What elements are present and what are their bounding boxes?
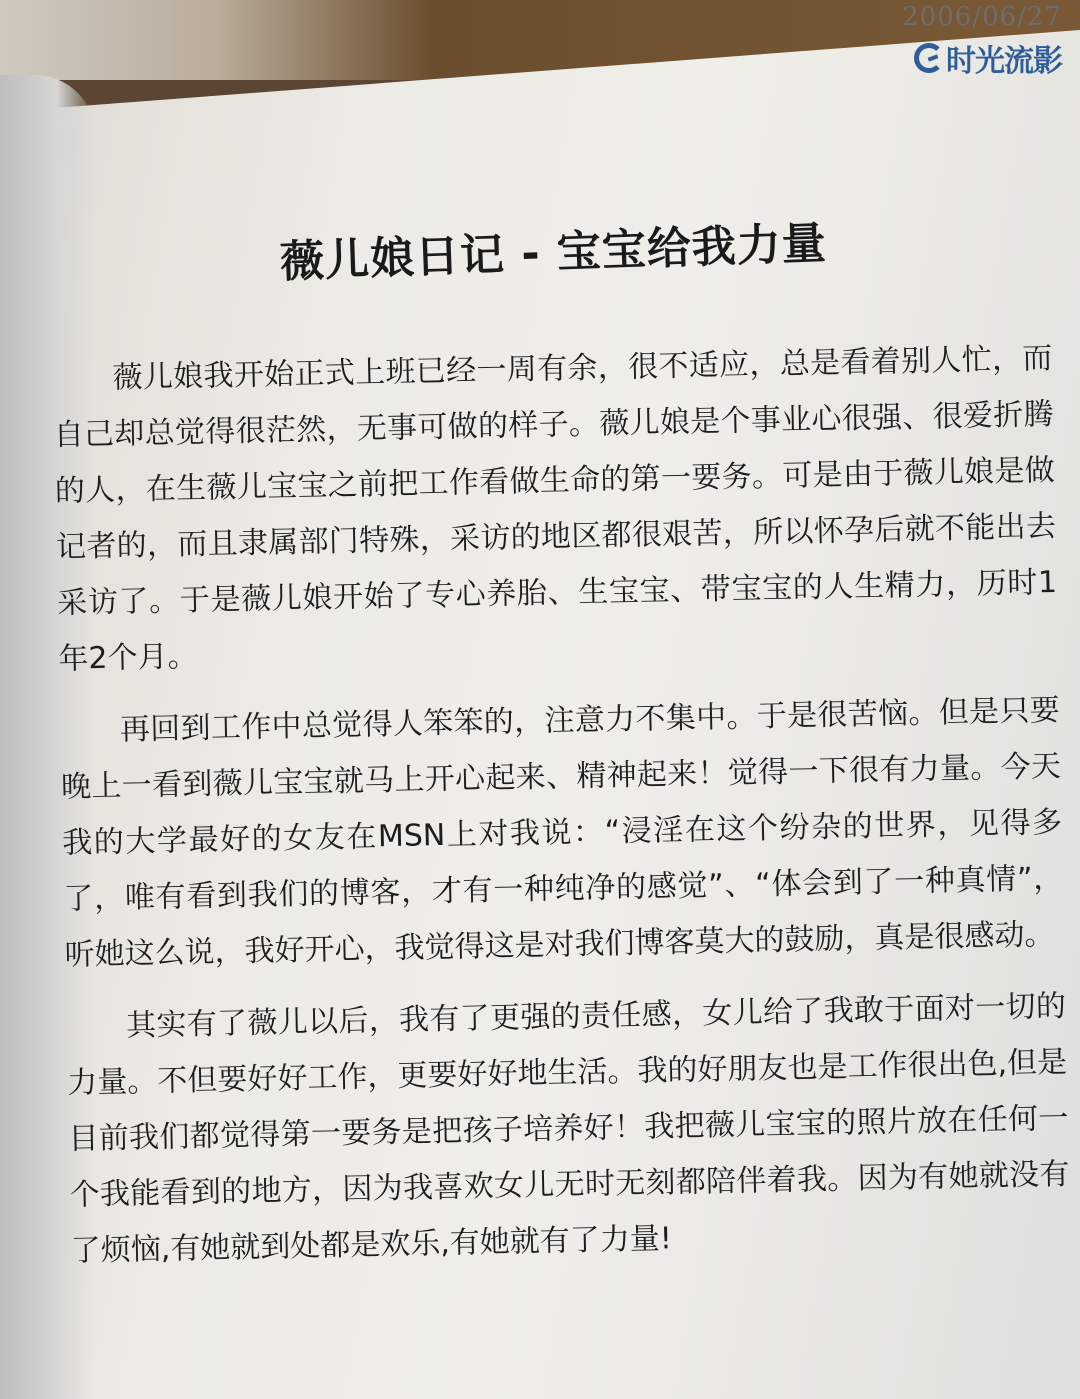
logo-text: 时光流影	[946, 36, 1062, 80]
blog-logo: 时光流影	[902, 36, 1062, 80]
paragraph: 薇儿娘我开始正式上班已经一周有余，很不适应，总是看着别人忙，而自己却总觉得很茫然…	[52, 331, 1059, 688]
article-body: 薇儿娘我开始正式上班已经一周有余，很不适应，总是看着别人忙，而自己却总觉得很茫然…	[52, 331, 1072, 1296]
paragraph: 其实有了薇儿以后，我有了更强的责任感，女儿给了我敢于面对一切的力量。不但要好好工…	[66, 979, 1072, 1280]
post-date: 2006/06/27	[902, 2, 1062, 32]
paragraph: 再回到工作中总觉得人笨笨的，注意力不集中。于是很苦恼。但是只要晚上一看到薇儿宝宝…	[59, 683, 1065, 984]
clock-icon	[914, 43, 944, 73]
page-header-stamp: 2006/06/27 时光流影	[902, 2, 1062, 80]
